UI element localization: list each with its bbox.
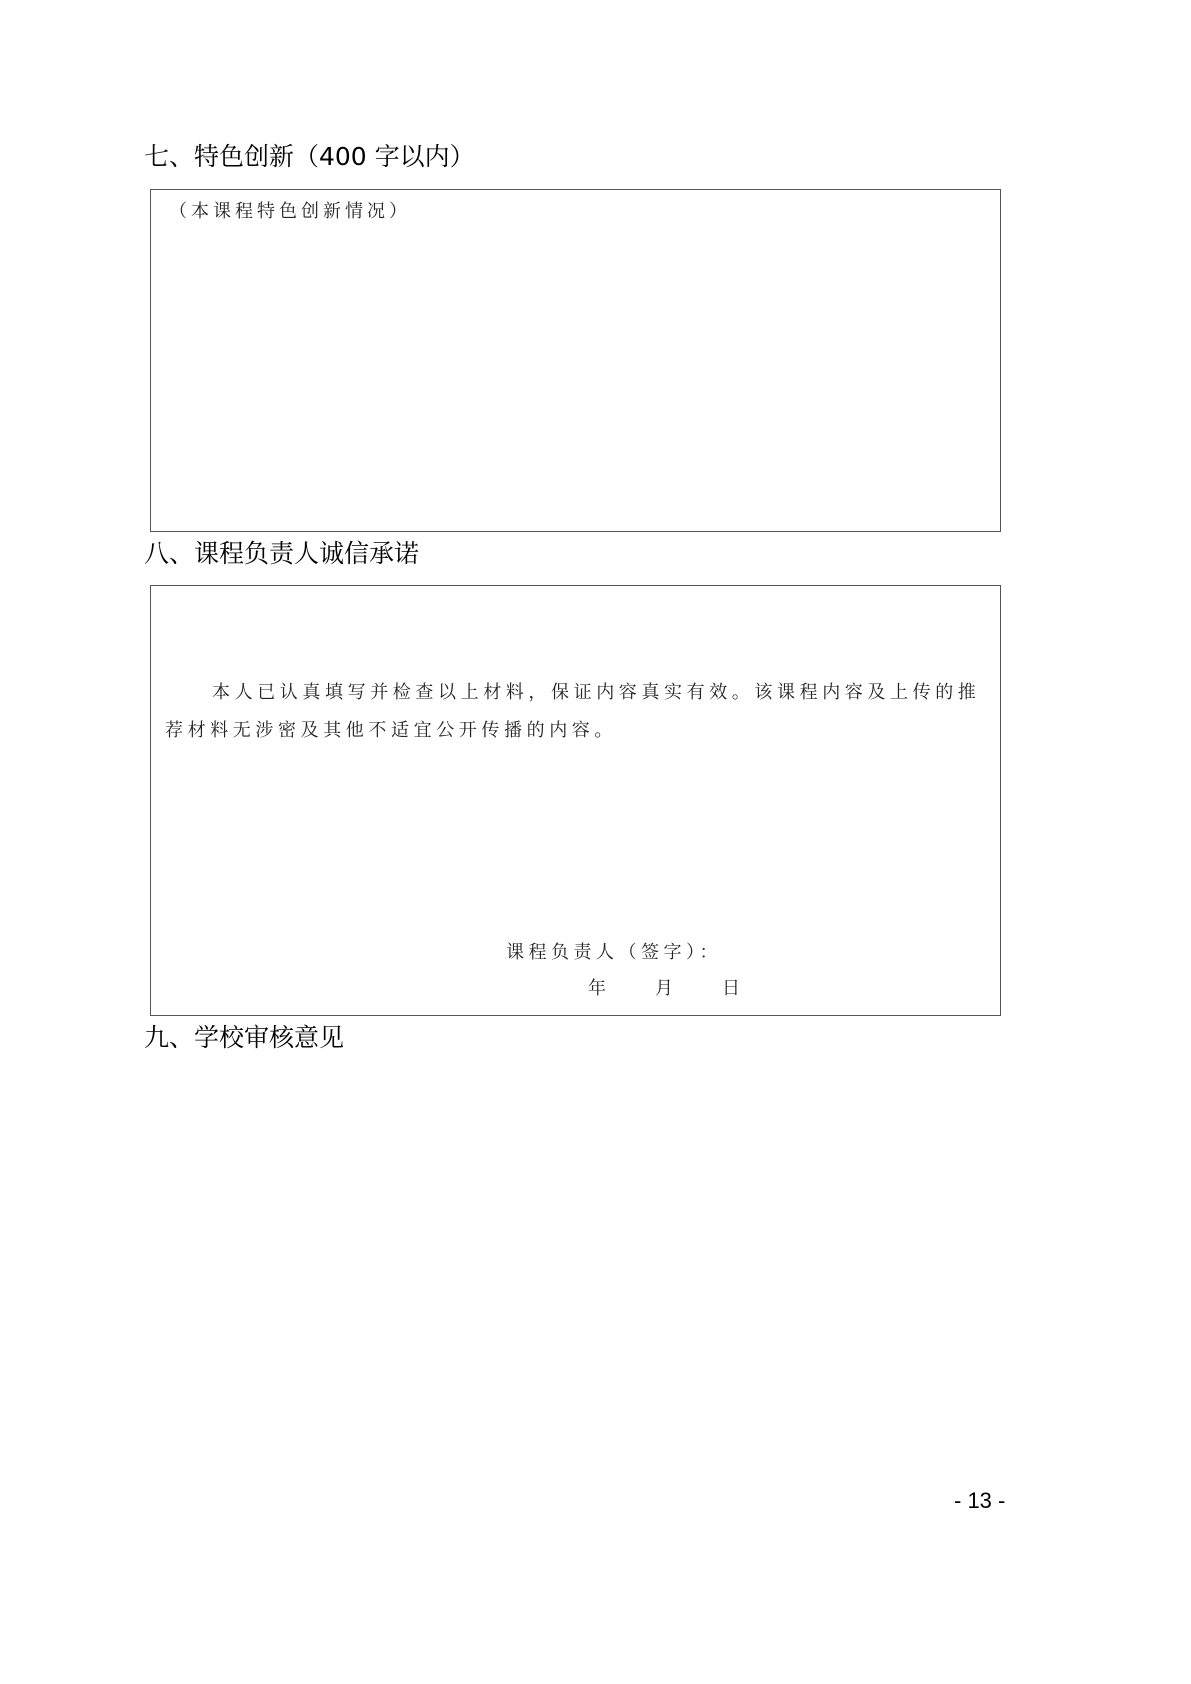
date-day-label: 日 [722, 977, 740, 1001]
date-month-label: 月 [655, 977, 673, 1001]
integrity-pledge-box: 本人已认真填写并检查以上材料，保证内容真实有效。该课程内容及上传的推荐材料无涉密… [150, 585, 1001, 1016]
document-page: 七、特色创新（400 字以内） （本课程特色创新情况） 八、课程负责人诚信承诺 … [0, 0, 1191, 1684]
section-heading-integrity-pledge: 八、课程负责人诚信承诺 [144, 539, 419, 569]
signature-label: 课程负责人（签字）： [506, 941, 722, 965]
innovation-placeholder: （本课程特色创新情况） [169, 200, 411, 224]
date-year-label: 年 [588, 977, 606, 1001]
section-heading-school-review: 九、学校审核意见 [144, 1023, 344, 1053]
innovation-input-box[interactable]: （本课程特色创新情况） [150, 189, 1001, 532]
page-number: - 13 - [954, 1488, 1005, 1514]
section-heading-innovation: 七、特色创新（400 字以内） [144, 142, 475, 172]
pledge-text: 本人已认真填写并检查以上材料，保证内容真实有效。该课程内容及上传的推荐材料无涉密… [165, 674, 988, 750]
